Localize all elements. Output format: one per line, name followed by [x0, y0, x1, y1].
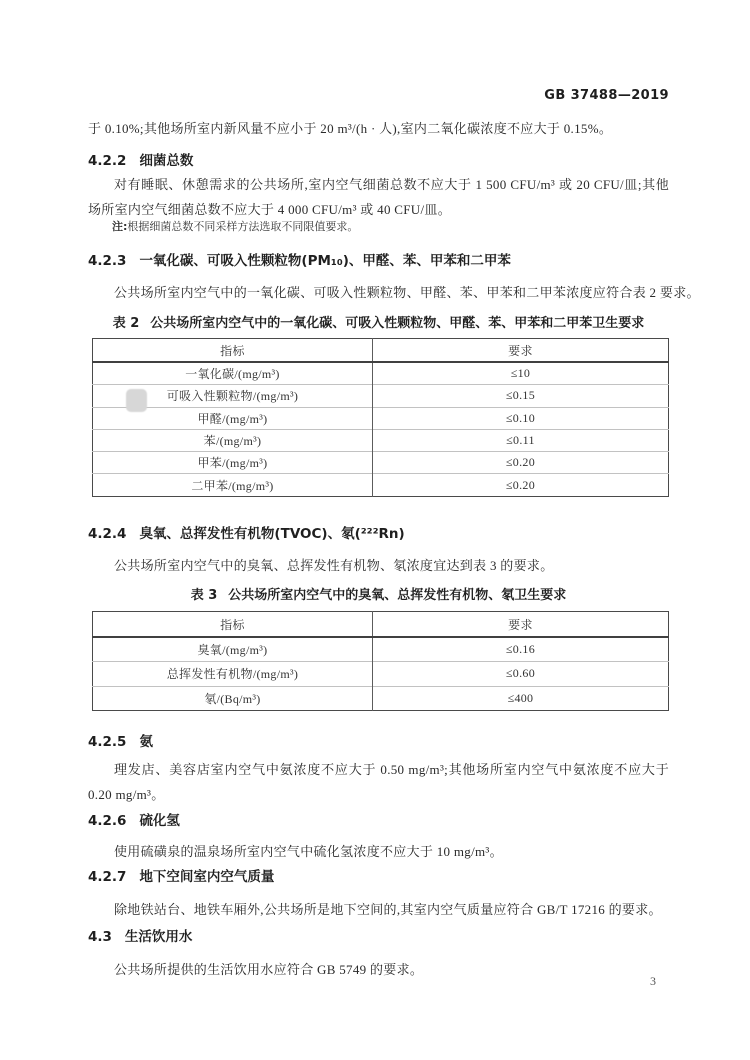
indicator-cell: 臭氧/(mg/m³): [93, 637, 373, 662]
section-heading-4-3: 4.3生活饮用水: [88, 924, 669, 950]
table-row: 一氧化碳/(mg/m³) ≤10: [93, 362, 669, 385]
section-heading-4-2-6: 4.2.6硫化氢: [88, 808, 669, 834]
table-row: 氡/(Bq/m³) ≤400: [93, 686, 669, 710]
indicator-cell: 甲苯/(mg/m³): [93, 452, 373, 474]
section-heading-4-2-7: 4.2.7地下空间室内空气质量: [88, 864, 669, 890]
indicator-cell: 总挥发性有机物/(mg/m³): [93, 662, 373, 686]
table-row: 总挥发性有机物/(mg/m³) ≤0.60: [93, 662, 669, 686]
table2-caption: 表 2公共场所室内空气中的一氧化碳、可吸入性颗粒物、甲醛、苯、甲苯和二甲苯卫生要…: [88, 312, 669, 331]
caption-text: 公共场所室内空气中的臭氧、总挥发性有机物、氡卫生要求: [228, 588, 566, 603]
requirement-cell: ≤0.15: [372, 385, 668, 407]
section-number: 4.2.7: [88, 869, 126, 885]
section-title: 地下空间室内空气质量: [139, 869, 274, 885]
section-title: 氨: [139, 734, 153, 750]
section-heading-4-2-4: 4.2.4臭氧、总挥发性有机物(TVOC)、氡(²²²Rn): [88, 521, 669, 547]
section-body-4-2-3: 公共场所室内空气中的一氧化碳、可吸入性颗粒物、甲醛、苯、甲苯和二甲苯浓度应符合表…: [88, 280, 669, 305]
table-row: 甲苯/(mg/m³) ≤0.20: [93, 452, 669, 474]
table-row: 臭氧/(mg/m³) ≤0.16: [93, 637, 669, 662]
scan-smudge-artifact: [126, 389, 147, 412]
table3: 指标 要求 臭氧/(mg/m³) ≤0.16 总挥发性有机物/(mg/m³) ≤…: [92, 611, 669, 711]
section-body-4-2-7: 除地铁站台、地铁车厢外,公共场所是地下空间的,其室内空气质量应符合 GB/T 1…: [88, 897, 669, 922]
table3-container: 指标 要求 臭氧/(mg/m³) ≤0.16 总挥发性有机物/(mg/m³) ≤…: [92, 611, 669, 711]
section-number: 4.2.6: [88, 813, 126, 829]
requirement-cell: ≤0.16: [372, 637, 668, 662]
table-header-row: 指标 要求: [93, 612, 669, 638]
page-number: 3: [88, 974, 669, 989]
section-heading-4-2-5: 4.2.5氨: [88, 729, 669, 755]
section-title: 细菌总数: [139, 153, 193, 169]
table2-container: 指标 要求 一氧化碳/(mg/m³) ≤10 可吸入性颗粒物/(mg/m³) ≤…: [92, 338, 669, 497]
section-title: 生活饮用水: [125, 929, 193, 945]
table-row: 二甲苯/(mg/m³) ≤0.20: [93, 474, 669, 496]
section-number: 4.2.3: [88, 253, 126, 269]
document-page: GB 37488—2019 于 0.10%;其他场所室内新风量不应小于 20 m…: [0, 0, 750, 1060]
indicator-cell: 二甲苯/(mg/m³): [93, 474, 373, 496]
indicator-cell: 氡/(Bq/m³): [93, 686, 373, 710]
table-header-row: 指标 要求: [93, 339, 669, 363]
section-title: 一氧化碳、可吸入性颗粒物(PM₁₀)、甲醛、苯、甲苯和二甲苯: [139, 253, 511, 269]
section-body-4-2-2: 对有睡眠、休憩需求的公共场所,室内空气细菌总数不应大于 1 500 CFU/m³…: [88, 172, 669, 222]
requirement-cell: ≤0.11: [372, 429, 668, 451]
section-heading-4-2-2: 4.2.2细菌总数: [88, 148, 669, 174]
section-body-4-2-6: 使用硫磺泉的温泉场所室内空气中硫化氢浓度不应大于 10 mg/m³。: [88, 839, 669, 864]
section-number: 4.2.2: [88, 153, 126, 169]
requirement-cell: ≤0.60: [372, 662, 668, 686]
section-number: 4.2.4: [88, 526, 126, 542]
requirement-cell: ≤400: [372, 686, 668, 710]
doc-code: GB 37488—2019: [88, 88, 669, 103]
section-heading-4-2-3: 4.2.3一氧化碳、可吸入性颗粒物(PM₁₀)、甲醛、苯、甲苯和二甲苯: [88, 248, 669, 274]
note-text: 根据细菌总数不同采样方法选取不同限值要求。: [127, 221, 358, 233]
column-header-indicator: 指标: [93, 612, 373, 638]
section-body-4-2-4: 公共场所室内空气中的臭氧、总挥发性有机物、氡浓度宜达到表 3 的要求。: [88, 553, 669, 578]
caption-text: 公共场所室内空气中的一氧化碳、可吸入性颗粒物、甲醛、苯、甲苯和二甲苯卫生要求: [150, 316, 644, 331]
section-title: 臭氧、总挥发性有机物(TVOC)、氡(²²²Rn): [139, 526, 404, 542]
requirement-cell: ≤10: [372, 362, 668, 385]
note: 注:根据细菌总数不同采样方法选取不同限值要求。: [88, 216, 669, 238]
table-row: 可吸入性颗粒物/(mg/m³) ≤0.15: [93, 385, 669, 407]
caption-label: 表 3: [191, 588, 218, 603]
requirement-cell: ≤0.20: [372, 474, 668, 496]
table2: 指标 要求 一氧化碳/(mg/m³) ≤10 可吸入性颗粒物/(mg/m³) ≤…: [92, 338, 669, 497]
requirement-cell: ≤0.20: [372, 452, 668, 474]
section-body-4-2-5: 理发店、美容店室内空气中氨浓度不应大于 0.50 mg/m³;其他场所室内空气中…: [88, 757, 669, 807]
indicator-cell: 苯/(mg/m³): [93, 429, 373, 451]
section-title: 硫化氢: [139, 813, 180, 829]
column-header-requirement: 要求: [372, 339, 668, 363]
column-header-requirement: 要求: [372, 612, 668, 638]
table-row: 甲醛/(mg/m³) ≤0.10: [93, 407, 669, 429]
requirement-cell: ≤0.10: [372, 407, 668, 429]
caption-label: 表 2: [113, 316, 140, 331]
table-row: 苯/(mg/m³) ≤0.11: [93, 429, 669, 451]
section-number: 4.3: [88, 929, 112, 945]
section-number: 4.2.5: [88, 734, 126, 750]
indicator-cell: 一氧化碳/(mg/m³): [93, 362, 373, 385]
column-header-indicator: 指标: [93, 339, 373, 363]
table3-caption: 表 3公共场所室内空气中的臭氧、总挥发性有机物、氡卫生要求: [88, 584, 669, 603]
note-label: 注:: [112, 220, 127, 233]
intro-paragraph: 于 0.10%;其他场所室内新风量不应小于 20 m³/(h · 人),室内二氧…: [88, 116, 669, 141]
